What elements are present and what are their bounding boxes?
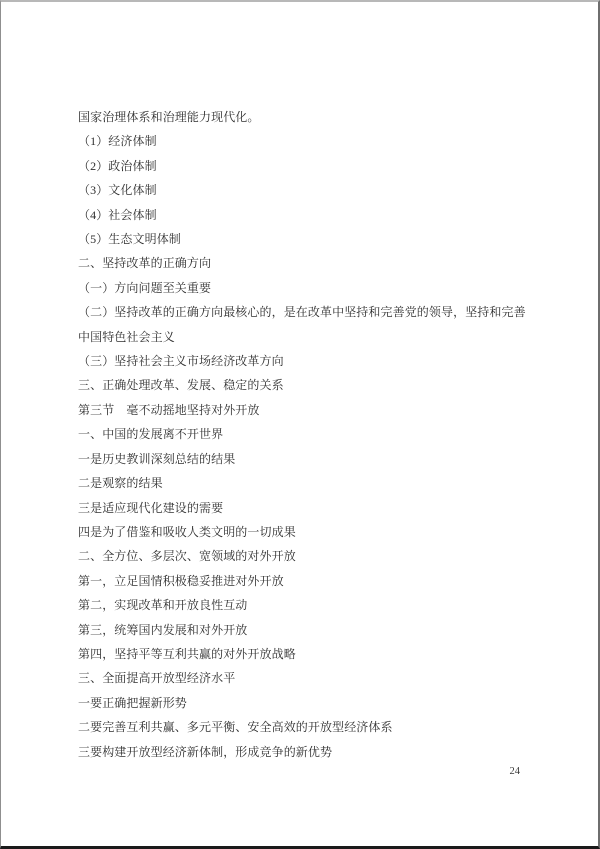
outline-line: 二是观察的结果 (78, 471, 524, 495)
outline-line: （二）坚持改革的正确方向最核心的，是在改革中坚持和完善党的领导，坚持和完善 (78, 300, 524, 324)
outline-line: 四是为了借鉴和吸收人类文明的一切成果 (78, 520, 524, 544)
outline-line: （三）坚持社会主义市场经济改革方向 (78, 349, 524, 373)
outline-line: 一要正确把握新形势 (78, 691, 524, 715)
outline-line: （4）社会体制 (78, 203, 524, 227)
outline-line: 一是历史教训深刻总结的结果 (78, 447, 524, 471)
outline-line: 二、全方位、多层次、宽领域的对外开放 (78, 544, 524, 568)
outline-line: 第四，坚持平等互利共赢的对外开放战略 (78, 642, 524, 666)
page-number: 24 (510, 766, 521, 778)
outline-list: 国家治理体系和治理能力现代化。 （1）经济体制 （2）政治体制 （3）文化体制 … (78, 105, 524, 764)
outline-line: 三、全面提高开放型经济水平 (78, 666, 524, 690)
outline-line: 三、正确处理改革、发展、稳定的关系 (78, 373, 524, 397)
outline-line: 第一，立足国情积极稳妥推进对外开放 (78, 569, 524, 593)
outline-line: 一、中国的发展离不开世界 (78, 422, 524, 446)
outline-line: 三要构建开放型经济新体制，形成竞争的新优势 (78, 740, 524, 764)
outline-line: 第二，实现改革和开放良性互动 (78, 593, 524, 617)
outline-line: 三是适应现代化建设的需要 (78, 496, 524, 520)
outline-line: （3）文化体制 (78, 178, 524, 202)
outline-line: （5）生态文明体制 (78, 227, 524, 251)
outline-line: （1）经济体制 (78, 129, 524, 153)
document-page: 国家治理体系和治理能力现代化。 （1）经济体制 （2）政治体制 （3）文化体制 … (0, 0, 600, 849)
outline-line-section-heading: 第三节 毫不动摇地坚持对外开放 (78, 398, 524, 422)
outline-line-continuation: 中国特色社会主义 (78, 325, 524, 349)
outline-line: 二、坚持改革的正确方向 (78, 251, 524, 275)
outline-line: 二要完善互利共赢、多元平衡、安全高效的开放型经济体系 (78, 715, 524, 739)
outline-line: 第三，统筹国内发展和对外开放 (78, 618, 524, 642)
outline-line: 国家治理体系和治理能力现代化。 (78, 105, 524, 129)
outline-line: （2）政治体制 (78, 154, 524, 178)
outline-line: （一）方向问题至关重要 (78, 276, 524, 300)
